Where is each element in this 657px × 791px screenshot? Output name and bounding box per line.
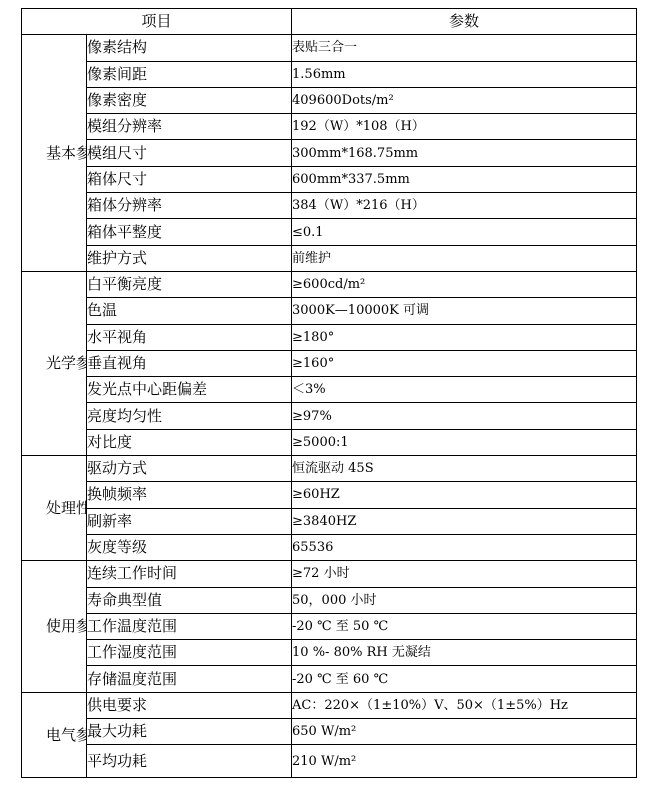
table-row: 光学参数白平衡亮度≥600cd/m² bbox=[22, 271, 637, 297]
table-row: 平均功耗210 W/m² bbox=[22, 745, 637, 778]
table-row: 电气参数供电要求AC：220×（1±10%）V、50×（1±5%）Hz bbox=[22, 692, 637, 718]
item-value: -20 ℃ 至 50 ℃ bbox=[292, 613, 637, 639]
item-label: 像素结构 bbox=[87, 35, 292, 61]
item-label: 连续工作时间 bbox=[87, 561, 292, 587]
item-label: 亮度均匀性 bbox=[87, 403, 292, 429]
item-value: -20 ℃ 至 60 ℃ bbox=[292, 666, 637, 692]
item-label: 换帧频率 bbox=[87, 482, 292, 508]
table-row: 使用参数连续工作时间≥72 小时 bbox=[22, 561, 637, 587]
item-label: 灰度等级 bbox=[87, 534, 292, 560]
table-row: 模组尺寸300mm*168.75mm bbox=[22, 140, 637, 166]
item-value: 192（W）*108（H） bbox=[292, 114, 637, 140]
table-row: 维护方式前维护 bbox=[22, 245, 637, 271]
item-label: 模组尺寸 bbox=[87, 140, 292, 166]
header-row: 项目 参数 bbox=[22, 9, 637, 35]
item-label: 最大功耗 bbox=[87, 719, 292, 745]
table-row: 垂直视角≥160° bbox=[22, 350, 637, 376]
table-row: 亮度均匀性≥97% bbox=[22, 403, 637, 429]
table-row: 换帧频率≥60HZ bbox=[22, 482, 637, 508]
item-value: ≥60HZ bbox=[292, 482, 637, 508]
group-label: 处理性能 bbox=[46, 498, 62, 518]
item-label: 像素密度 bbox=[87, 87, 292, 113]
table-row: 发光点中心距偏差＜3% bbox=[22, 377, 637, 403]
item-value: 恒流驱动 45S bbox=[292, 456, 637, 482]
item-label: 箱体平整度 bbox=[87, 219, 292, 245]
item-value: ≥97% bbox=[292, 403, 637, 429]
spec-table: 项目 参数 基本参数像素结构表贴三合一像素间距1.56mm像素密度409600D… bbox=[21, 8, 637, 778]
item-value: 1.56mm bbox=[292, 61, 637, 87]
item-value: 前维护 bbox=[292, 245, 637, 271]
item-value: ≥3840HZ bbox=[292, 508, 637, 534]
group-label: 使用参数 bbox=[46, 616, 62, 636]
item-value: ≥72 小时 bbox=[292, 561, 637, 587]
table-row: 处理性能驱动方式恒流驱动 45S bbox=[22, 456, 637, 482]
table-row: 像素密度409600Dots/m² bbox=[22, 87, 637, 113]
header-item: 项目 bbox=[22, 9, 292, 35]
group-optical: 光学参数 bbox=[22, 271, 87, 455]
item-value: 650 W/m² bbox=[292, 719, 637, 745]
group-processing: 处理性能 bbox=[22, 456, 87, 561]
table-row: 存储温度范围-20 ℃ 至 60 ℃ bbox=[22, 666, 637, 692]
item-label: 像素间距 bbox=[87, 61, 292, 87]
item-value: 65536 bbox=[292, 534, 637, 560]
item-value: 210 W/m² bbox=[292, 745, 637, 778]
item-value: 409600Dots/m² bbox=[292, 87, 637, 113]
item-value: 300mm*168.75mm bbox=[292, 140, 637, 166]
item-value: 50，000 小时 bbox=[292, 587, 637, 613]
item-value: ≥160° bbox=[292, 350, 637, 376]
item-label: 存储温度范围 bbox=[87, 666, 292, 692]
table-row: 箱体分辨率384（W）*216（H） bbox=[22, 193, 637, 219]
item-value: 10 %- 80% RH 无凝结 bbox=[292, 640, 637, 666]
item-label: 箱体分辨率 bbox=[87, 193, 292, 219]
item-value: 3000K—10000K 可调 bbox=[292, 298, 637, 324]
group-label: 光学参数 bbox=[46, 353, 62, 373]
item-label: 供电要求 bbox=[87, 692, 292, 718]
item-label: 白平衡亮度 bbox=[87, 271, 292, 297]
item-value: 384（W）*216（H） bbox=[292, 193, 637, 219]
item-value: 表贴三合一 bbox=[292, 35, 637, 61]
item-label: 工作温度范围 bbox=[87, 613, 292, 639]
table-row: 最大功耗650 W/m² bbox=[22, 719, 637, 745]
table-row: 工作温度范围-20 ℃ 至 50 ℃ bbox=[22, 613, 637, 639]
item-value: ≥600cd/m² bbox=[292, 271, 637, 297]
table-row: 基本参数像素结构表贴三合一 bbox=[22, 35, 637, 61]
item-label: 对比度 bbox=[87, 429, 292, 455]
item-value: ≥5000:1 bbox=[292, 429, 637, 455]
group-basic: 基本参数 bbox=[22, 35, 87, 272]
header-param: 参数 bbox=[292, 9, 637, 35]
item-label: 模组分辨率 bbox=[87, 114, 292, 140]
table-row: 模组分辨率192（W）*108（H） bbox=[22, 114, 637, 140]
table-row: 对比度≥5000:1 bbox=[22, 429, 637, 455]
item-value: 600mm*337.5mm bbox=[292, 166, 637, 192]
table-row: 色温3000K—10000K 可调 bbox=[22, 298, 637, 324]
table-row: 寿命典型值50，000 小时 bbox=[22, 587, 637, 613]
item-label: 寿命典型值 bbox=[87, 587, 292, 613]
item-label: 发光点中心距偏差 bbox=[87, 377, 292, 403]
item-label: 工作湿度范围 bbox=[87, 640, 292, 666]
group-electrical: 电气参数 bbox=[22, 692, 87, 778]
table-row: 像素间距1.56mm bbox=[22, 61, 637, 87]
group-usage: 使用参数 bbox=[22, 561, 87, 692]
item-value: ＜3% bbox=[292, 377, 637, 403]
item-value: AC：220×（1±10%）V、50×（1±5%）Hz bbox=[292, 692, 637, 718]
group-label: 电气参数 bbox=[46, 725, 62, 745]
table-row: 水平视角≥180° bbox=[22, 324, 637, 350]
table-row: 箱体尺寸600mm*337.5mm bbox=[22, 166, 637, 192]
table-row: 工作湿度范围10 %- 80% RH 无凝结 bbox=[22, 640, 637, 666]
spec-body: 基本参数像素结构表贴三合一像素间距1.56mm像素密度409600Dots/m²… bbox=[22, 35, 637, 778]
item-label: 色温 bbox=[87, 298, 292, 324]
item-label: 箱体尺寸 bbox=[87, 166, 292, 192]
item-label: 水平视角 bbox=[87, 324, 292, 350]
table-row: 箱体平整度≤0.1 bbox=[22, 219, 637, 245]
item-label: 维护方式 bbox=[87, 245, 292, 271]
item-value: ≤0.1 bbox=[292, 219, 637, 245]
item-label: 垂直视角 bbox=[87, 350, 292, 376]
item-label: 刷新率 bbox=[87, 508, 292, 534]
table-row: 刷新率≥3840HZ bbox=[22, 508, 637, 534]
item-value: ≥180° bbox=[292, 324, 637, 350]
item-label: 平均功耗 bbox=[87, 745, 292, 778]
table-row: 灰度等级65536 bbox=[22, 534, 637, 560]
item-label: 驱动方式 bbox=[87, 456, 292, 482]
group-label: 基本参数 bbox=[46, 143, 62, 163]
